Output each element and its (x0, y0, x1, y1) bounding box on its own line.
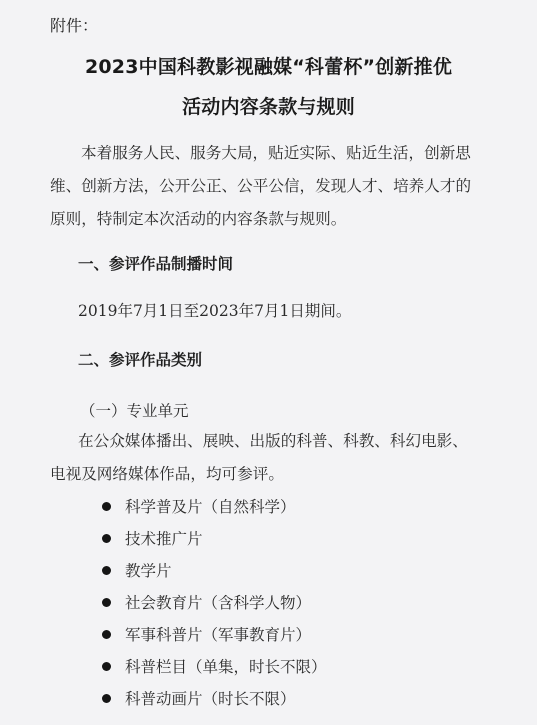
bullet-icon (102, 630, 111, 639)
list-item: 技术推广片 (102, 522, 327, 554)
intro-paragraph: 本着服务人民、服务大局，贴近实际、贴近生活，创新思维、创新方法，公开公正、公平公… (50, 137, 482, 236)
subsection-title-professional-unit: （一）专业单元 (80, 404, 189, 420)
bullet-icon (102, 566, 111, 575)
attachment-label: 附件： (50, 18, 98, 34)
list-item-label: 教学片 (125, 559, 172, 581)
production-period-text: 2019年7月1日至2023年7月1日期间。 (78, 304, 351, 320)
list-item: 军事科普片（军事教育片） (102, 618, 327, 650)
category-bullet-list: 科学普及片（自然科学） 技术推广片 教学片 社会教育片（含科学人物） 军事科普片… (102, 490, 327, 714)
bullet-icon (102, 534, 111, 543)
document-title-line-1: 2023中国科教影视融媒“科蕾杯”创新推优 (0, 58, 537, 77)
bullet-icon (102, 502, 111, 511)
bullet-icon (102, 598, 111, 607)
document-title-line-2: 活动内容条款与规则 (0, 98, 537, 117)
list-item-label: 社会教育片（含科学人物） (125, 591, 311, 613)
section-heading-categories: 二、参评作品类别 (78, 353, 202, 369)
list-item-label: 科学普及片（自然科学） (125, 495, 296, 517)
list-item: 科普动画片（时长不限） (102, 682, 327, 714)
section-heading-production-period: 一、参评作品制播时间 (78, 257, 233, 273)
professional-unit-description: 在公众媒体播出、展映、出版的科普、科教、科幻电影、电视及网络媒体作品，均可参评。 (50, 425, 482, 491)
list-item-label: 技术推广片 (125, 527, 203, 549)
list-item-label: 科普栏目（单集，时长不限） (125, 655, 327, 677)
list-item-label: 科普动画片（时长不限） (125, 687, 296, 709)
list-item: 教学片 (102, 554, 327, 586)
list-item: 社会教育片（含科学人物） (102, 586, 327, 618)
bullet-icon (102, 662, 111, 671)
bullet-icon (102, 694, 111, 703)
list-item-label: 军事科普片（军事教育片） (125, 623, 311, 645)
list-item: 科普栏目（单集，时长不限） (102, 650, 327, 682)
list-item: 科学普及片（自然科学） (102, 490, 327, 522)
